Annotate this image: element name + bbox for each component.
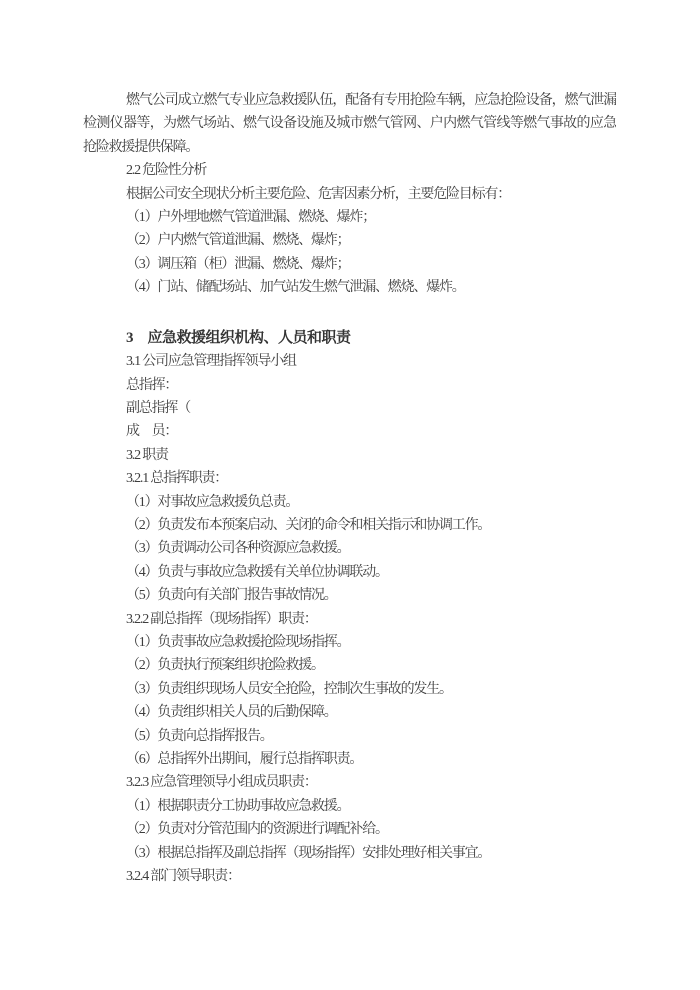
- text-line: 总指挥：: [83, 374, 616, 397]
- text-line: （4）负责组织相关人员的后勤保障。: [83, 701, 616, 724]
- section-heading: 3 应急救援组织机构、人员和职责: [83, 327, 616, 350]
- text-line: （3）负责调动公司各种资源应急救援。: [83, 537, 616, 560]
- text-line: （2）负责发布本预案启动、关闭的命令和相关指示和协调工作。: [83, 514, 616, 537]
- document-body: 燃气公司成立燃气专业应急救援队伍，配备有专用抢险车辆，应急抢险设备，燃气泄漏检测…: [83, 89, 616, 888]
- blank-line: [83, 300, 616, 323]
- text-line: （1）负责事故应急救援抢险现场指挥。: [83, 631, 616, 654]
- text-line: （5）负责向有关部门报告事故情况。: [83, 584, 616, 607]
- text-line: （1）根据职责分工协助事故应急救援。: [83, 795, 616, 818]
- text-line: （4）门站、储配场站、加气站发生燃气泄漏、燃烧、爆炸。: [83, 276, 616, 299]
- text-line: 3.2.2 副总指挥（现场指挥）职责：: [83, 608, 616, 631]
- text-line: 检测仪器等，为燃气场站、燃气设备设施及城市燃气管网、户内燃气管线等燃气事故的应急: [83, 112, 616, 135]
- text-line: （1）户外埋地燃气管道泄漏、燃烧、爆炸；: [83, 206, 616, 229]
- text-line: （3）调压箱（柜）泄漏、燃烧、爆炸；: [83, 253, 616, 276]
- text-line: （6）总指挥外出期间，履行总指挥职责。: [83, 748, 616, 771]
- text-line: 3.2.3 应急管理领导小组成员职责：: [83, 771, 616, 794]
- text-line: 抢险救援提供保障。: [83, 136, 616, 159]
- document-page: 燃气公司成立燃气专业应急救援队伍，配备有专用抢险车辆，应急抢险设备，燃气泄漏检测…: [0, 0, 700, 990]
- text-line: 成 员：: [83, 420, 616, 443]
- text-line: 3.2.1 总指挥职责：: [83, 467, 616, 490]
- text-line: 3.2.4 部门领导职责：: [83, 865, 616, 888]
- text-line: （4）负责与事故应急救援有关单位协调联动。: [83, 561, 616, 584]
- text-line: （5）负责向总指挥报告。: [83, 725, 616, 748]
- text-line: 燃气公司成立燃气专业应急救援队伍，配备有专用抢险车辆，应急抢险设备，燃气泄漏: [83, 89, 616, 112]
- text-line: （3）负责组织现场人员安全抢险，控制次生事故的发生。: [83, 678, 616, 701]
- text-line: （1）对事故应急救援负总责。: [83, 491, 616, 514]
- text-line: 副总指挥（: [83, 397, 616, 420]
- text-line: （3）根据总指挥及副总指挥（现场指挥）安排处理好相关事宜。: [83, 842, 616, 865]
- text-line: 3.1 公司应急管理指挥领导小组: [83, 350, 616, 373]
- text-line: 3.2 职责: [83, 444, 616, 467]
- text-line: （2）负责对分管范围内的资源进行调配补给。: [83, 818, 616, 841]
- text-line: （2）户内燃气管道泄漏、燃烧、爆炸；: [83, 229, 616, 252]
- text-line: （2）负责执行预案组织抢险救援。: [83, 654, 616, 677]
- text-line: 根据公司安全现状分析主要危险、危害因素分析，主要危险目标有：: [83, 183, 616, 206]
- text-line: 2.2 危险性分析: [83, 159, 616, 182]
